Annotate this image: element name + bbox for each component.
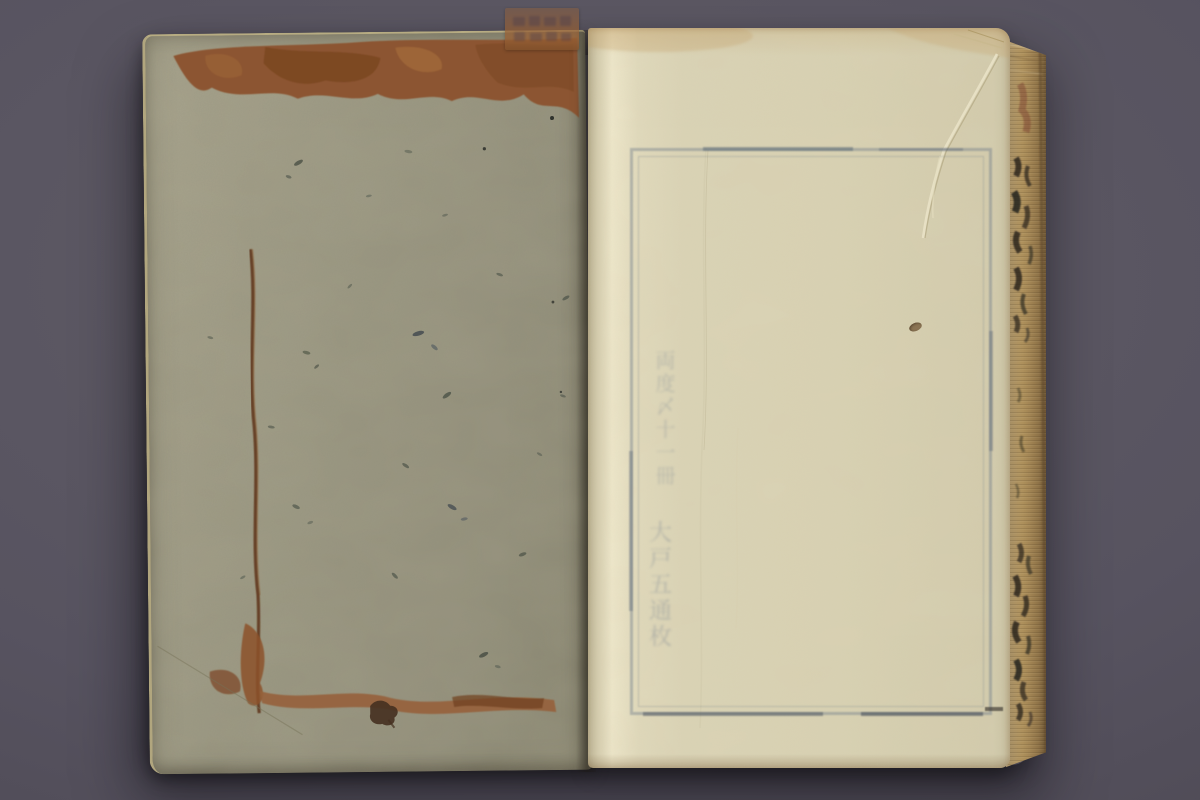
right-flyleaf-page: 両度〆十一冊 大戸五通枚 — [588, 28, 1010, 768]
printed-border-frame — [630, 148, 992, 715]
paper-grain — [145, 32, 593, 775]
frame-dark-segment — [643, 712, 823, 716]
faded-label-marks — [505, 8, 579, 50]
frame-dark-segment — [861, 712, 983, 716]
left-cover-detail — [145, 32, 593, 775]
spine-label-tag — [505, 8, 579, 50]
handwriting-column-1: 両度〆十一冊 — [650, 350, 679, 535]
fore-edge-ink-marks — [1006, 36, 1046, 770]
frame-bottom-rule-extension — [985, 707, 1003, 711]
printed-border-frame-inner — [638, 156, 984, 707]
left-inside-cover — [142, 30, 593, 775]
photo-backdrop: 両度〆十一冊 大戸五通枚 — [0, 0, 1200, 800]
fore-edge — [1006, 36, 1046, 770]
frame-dark-segment — [629, 451, 633, 611]
handwriting-column-2: 大戸五通枚 — [642, 520, 675, 690]
frame-dark-segment — [879, 148, 963, 151]
frame-dark-segment — [989, 331, 993, 451]
frame-dark-segment — [703, 147, 853, 151]
